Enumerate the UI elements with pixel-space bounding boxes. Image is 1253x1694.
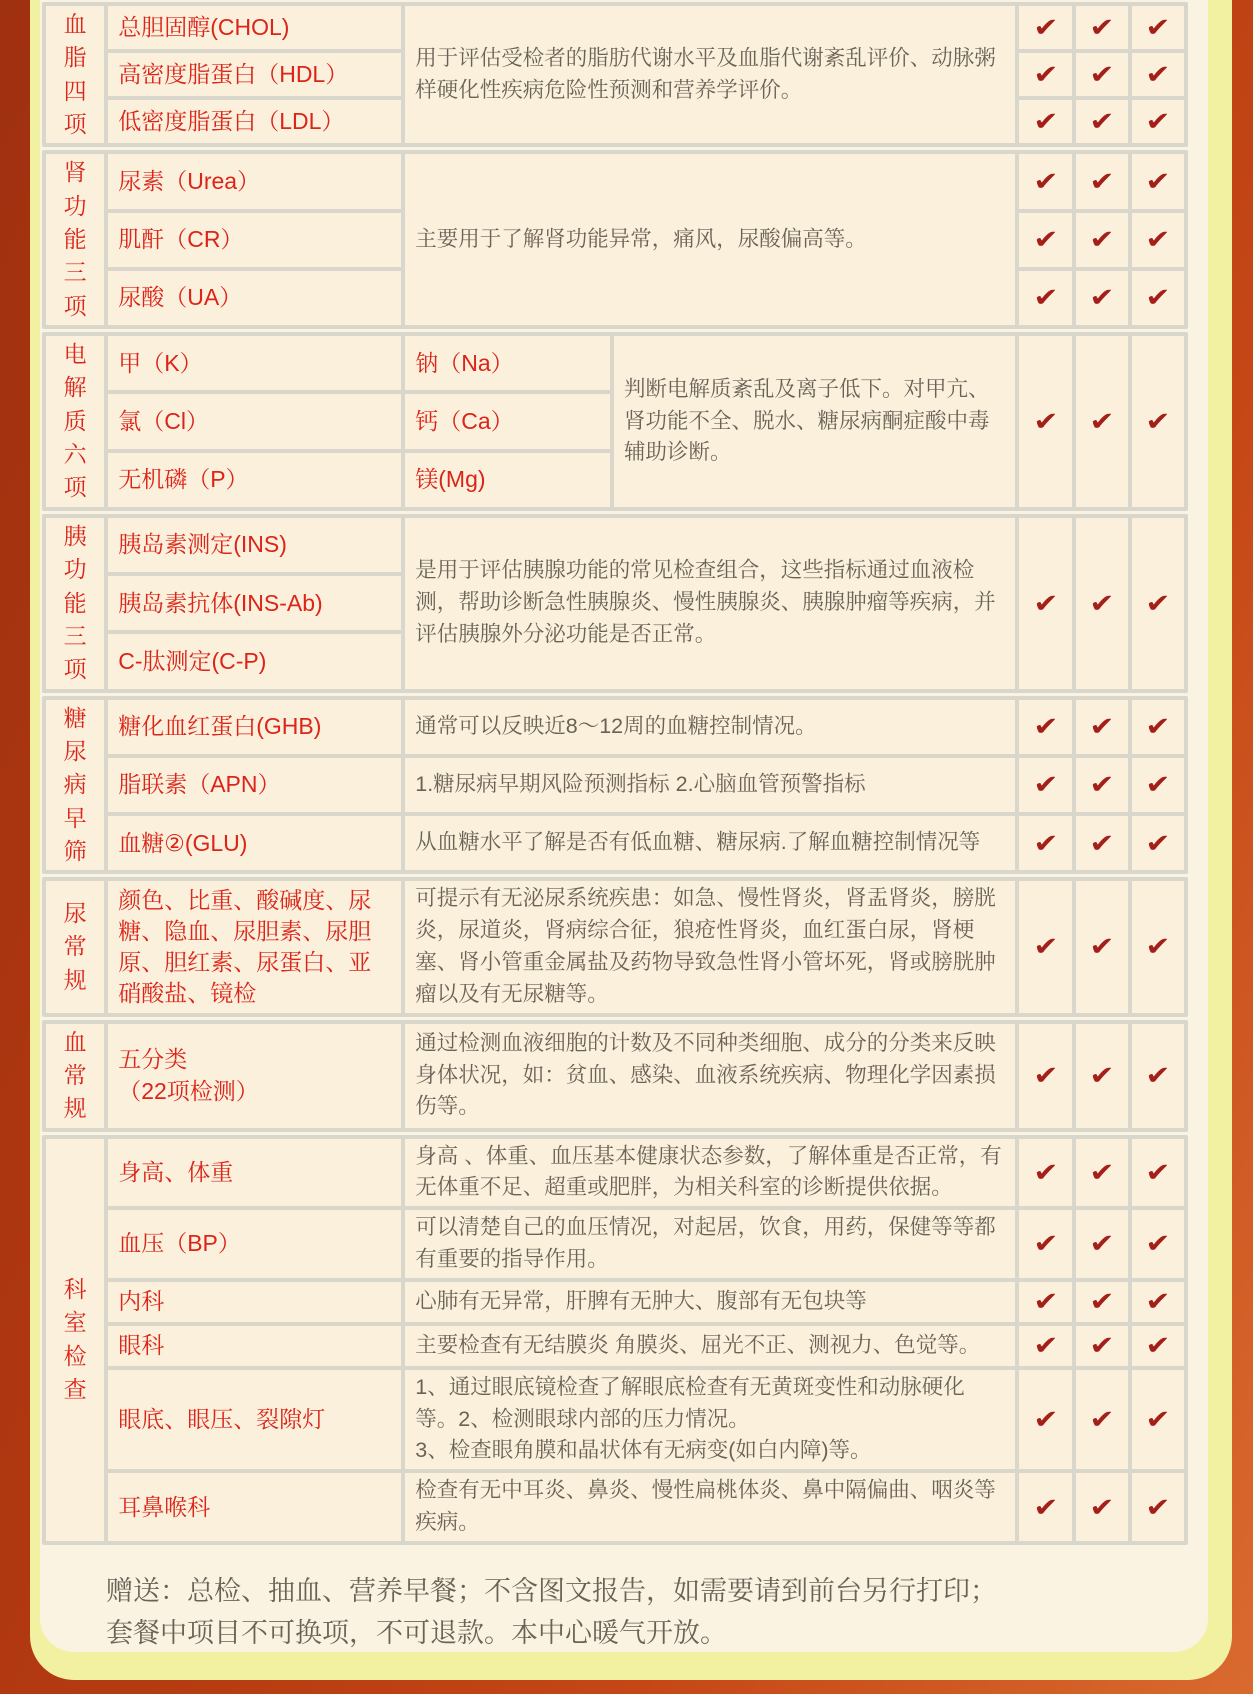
check-icon: ✔ [1145,106,1170,137]
check-cell: ✔ [1132,1282,1184,1322]
item-cell: 糖化血红蛋白(GHB) [108,700,401,754]
check-icon: ✔ [1145,406,1170,437]
check-icon: ✔ [1089,106,1114,137]
check-cell: ✔ [1019,53,1071,96]
check-cell: ✔ [1076,154,1128,208]
description-cell: 通常可以反映近8～12周的血糖控制情况。 [405,700,1015,754]
item-cell: 眼底、眼压、裂隙灯 [108,1370,401,1469]
check-icon: ✔ [1145,1492,1170,1523]
check-cell: ✔ [1132,1370,1184,1469]
item-cell: 胰岛素测定(INS) [108,518,401,572]
check-icon: ✔ [1145,1228,1170,1259]
check-icon: ✔ [1033,1060,1058,1091]
check-icon: ✔ [1145,1286,1170,1317]
check-cell: ✔ [1132,100,1184,143]
check-icon: ✔ [1033,166,1058,197]
check-cell: ✔ [1019,1139,1071,1207]
section-lipid-panel: 血脂四项总胆固醇(CHOL)用于评估受检者的脂肪代谢水平及血脂代谢紊乱评价、动脉… [42,2,1188,147]
description-cell: 身高 、体重、血压基本健康状态参数，了解体重是否正常，有无体重不足、超重或肥胖，… [405,1139,1015,1207]
check-cell: ✔ [1076,1370,1128,1469]
description-cell: 心肺有无异常，肝脾有无肿大、腹部有无包块等 [405,1282,1015,1322]
check-cell: ✔ [1019,1282,1071,1322]
check-cell: ✔ [1132,213,1184,267]
check-cell: ✔ [1019,1024,1071,1128]
check-cell: ✔ [1076,1210,1128,1278]
section-cbc: 血常规五分类 （22项检测）通过检测血液细胞的计数及不同种类细胞、成分的分类来反… [42,1020,1188,1132]
check-cell: ✔ [1019,1370,1071,1469]
check-icon: ✔ [1033,1492,1058,1523]
check-cell: ✔ [1076,1282,1128,1322]
check-cell: ✔ [1132,1210,1184,1278]
check-icon: ✔ [1145,1330,1170,1361]
check-cell: ✔ [1076,53,1128,96]
item-cell: 高密度脂蛋白（HDL） [108,53,401,96]
description-cell: 通过检测血液细胞的计数及不同种类细胞、成分的分类来反映身体状况，如：贫血、感染、… [405,1024,1015,1128]
check-cell: ✔ [1132,518,1184,689]
description-cell: 可提示有无泌尿系统疾患：如急、慢性肾炎，肾盂肾炎，膀胱炎，尿道炎，肾病综合征，狼… [405,881,1015,1012]
check-icon: ✔ [1033,769,1058,800]
check-icon: ✔ [1089,1157,1114,1188]
item-cell: 甲（K） [108,336,401,390]
check-cell: ✔ [1019,1326,1071,1366]
check-cell: ✔ [1076,881,1128,1012]
check-cell: ✔ [1019,271,1071,325]
section-physical-exams: 科室检查身高、体重身高 、体重、血压基本健康状态参数，了解体重是否正常，有无体重… [42,1135,1188,1545]
check-icon: ✔ [1033,282,1058,313]
check-icon: ✔ [1145,769,1170,800]
section-electrolytes: 电解质六项甲（K）钠（Na）判断电解质紊乱及离子低下。对甲亢、肾功能不全、脱水、… [42,332,1188,511]
check-icon: ✔ [1089,711,1114,742]
check-icon: ✔ [1033,588,1058,619]
item-cell: 钙（Ca） [405,394,610,448]
category-cell: 胰功能三项 [46,518,104,689]
check-cell: ✔ [1076,213,1128,267]
check-cell: ✔ [1132,881,1184,1012]
check-icon: ✔ [1089,12,1114,43]
check-cell: ✔ [1132,758,1184,812]
check-cell: ✔ [1076,336,1128,507]
check-icon: ✔ [1089,1286,1114,1317]
check-icon: ✔ [1033,12,1058,43]
item-cell: 五分类 （22项检测） [108,1024,401,1128]
footer-note-line1: 赠送：总检、抽血、营养早餐；不含图文报告，如需要请到前台另行打印； [106,1571,1116,1613]
check-cell: ✔ [1019,100,1071,143]
check-icon: ✔ [1089,224,1114,255]
description-cell: 用于评估受检者的脂肪代谢水平及血脂代谢紊乱评价、动脉粥样硬化性疾病危险性预测和营… [405,6,1015,143]
check-cell: ✔ [1019,213,1071,267]
check-cell: ✔ [1132,271,1184,325]
check-cell: ✔ [1019,1473,1071,1541]
item-cell: 尿酸（UA） [108,271,401,325]
item-cell: 身高、体重 [108,1139,401,1207]
description-cell: 1.糖尿病早期风险预测指标 2.心脑血管预警指标 [405,758,1015,812]
check-icon: ✔ [1145,282,1170,313]
check-icon: ✔ [1033,931,1058,962]
item-cell: 血糖②(GLU) [108,816,401,870]
check-cell: ✔ [1132,1326,1184,1366]
check-icon: ✔ [1145,588,1170,619]
check-cell: ✔ [1132,154,1184,208]
check-cell: ✔ [1132,6,1184,49]
item-cell: 内科 [108,1282,401,1322]
check-cell: ✔ [1076,1139,1128,1207]
item-cell: 脂联素（APN） [108,758,401,812]
check-cell: ✔ [1132,1473,1184,1541]
check-cell: ✔ [1019,154,1071,208]
category-cell: 血脂四项 [46,6,104,143]
item-cell: 眼科 [108,1326,401,1366]
check-icon: ✔ [1033,224,1058,255]
check-icon: ✔ [1089,588,1114,619]
item-cell: 血压（BP） [108,1210,401,1278]
item-cell: 颜色、比重、酸碱度、尿糖、隐血、尿胆素、尿胆原、胆红素、尿蛋白、亚硝酸盐、镜检 [108,881,401,1012]
check-cell: ✔ [1132,336,1184,507]
check-icon: ✔ [1145,166,1170,197]
item-cell: 镁(Mg) [405,453,610,507]
footer-note-line2: 套餐中项目不可换项，不可退款。本中心暖气开放。 [106,1613,1116,1655]
item-cell: 氯（Cl） [108,394,401,448]
footer-note: 赠送：总检、抽血、营养早餐；不含图文报告，如需要请到前台另行打印； 套餐中项目不… [106,1571,1116,1655]
check-icon: ✔ [1033,1157,1058,1188]
check-icon: ✔ [1145,1404,1170,1435]
check-icon: ✔ [1089,59,1114,90]
item-cell: 胰岛素抗体(INS-Ab) [108,576,401,630]
check-icon: ✔ [1145,12,1170,43]
section-diabetes-screen: 糖尿病早筛糖化血红蛋白(GHB)通常可以反映近8～12周的血糖控制情况。✔✔✔脂… [42,696,1188,875]
check-icon: ✔ [1089,1060,1114,1091]
check-cell: ✔ [1076,1326,1128,1366]
description-cell: 检查有无中耳炎、鼻炎、慢性扁桃体炎、鼻中隔偏曲、咽炎等疾病。 [405,1473,1015,1541]
description-cell: 可以清楚自己的血压情况，对起居，饮食，用药，保健等等都有重要的指导作用。 [405,1210,1015,1278]
check-cell: ✔ [1132,816,1184,870]
check-cell: ✔ [1076,816,1128,870]
description-cell: 是用于评估胰腺功能的常见检查组合，这些指标通过血液检测，帮助诊断急性胰腺炎、慢性… [405,518,1015,689]
check-icon: ✔ [1089,769,1114,800]
category-cell: 尿常规 [46,881,104,1012]
package-table: 血脂四项总胆固醇(CHOL)用于评估受检者的脂肪代谢水平及血脂代谢紊乱评价、动脉… [42,2,1188,1545]
check-icon: ✔ [1033,1286,1058,1317]
description-cell: 主要检查有无结膜炎 角膜炎、屈光不正、测视力、色觉等。 [405,1326,1015,1366]
check-cell: ✔ [1076,6,1128,49]
check-cell: ✔ [1019,6,1071,49]
section-urinalysis: 尿常规颜色、比重、酸碱度、尿糖、隐血、尿胆素、尿胆原、胆红素、尿蛋白、亚硝酸盐、… [42,877,1188,1016]
category-cell: 血常规 [46,1024,104,1128]
description-cell: 从血糖水平了解是否有低血糖、糖尿病.了解血糖控制情况等 [405,816,1015,870]
item-cell: 总胆固醇(CHOL) [108,6,401,49]
check-cell: ✔ [1076,758,1128,812]
category-cell: 糖尿病早筛 [46,700,104,871]
check-cell: ✔ [1132,1024,1184,1128]
check-cell: ✔ [1076,1473,1128,1541]
check-icon: ✔ [1145,931,1170,962]
check-cell: ✔ [1076,700,1128,754]
check-icon: ✔ [1089,1330,1114,1361]
description-cell: 主要用于了解肾功能异常，痛风，尿酸偏高等。 [405,154,1015,325]
check-cell: ✔ [1019,1210,1071,1278]
check-cell: ✔ [1019,758,1071,812]
check-icon: ✔ [1033,828,1058,859]
check-icon: ✔ [1033,1330,1058,1361]
check-icon: ✔ [1089,282,1114,313]
check-cell: ✔ [1019,518,1071,689]
check-icon: ✔ [1089,1492,1114,1523]
check-cell: ✔ [1132,1139,1184,1207]
description-cell: 判断电解质紊乱及离子低下。对甲亢、肾功能不全、脱水、糖尿病酮症酸中毒辅助诊断。 [614,336,1015,507]
check-cell: ✔ [1076,1024,1128,1128]
description-cell: 1、通过眼底镜检查了解眼底检查有无黄斑变性和动脉硬化等。2、检测眼球内部的压力情… [405,1370,1015,1469]
content-panel: 血脂四项总胆固醇(CHOL)用于评估受检者的脂肪代谢水平及血脂代谢紊乱评价、动脉… [40,0,1208,1652]
category-cell: 科室检查 [46,1139,104,1541]
check-cell: ✔ [1019,881,1071,1012]
check-cell: ✔ [1019,700,1071,754]
check-icon: ✔ [1089,828,1114,859]
check-icon: ✔ [1145,711,1170,742]
check-icon: ✔ [1145,224,1170,255]
item-cell: 低密度脂蛋白（LDL） [108,100,401,143]
check-cell: ✔ [1132,700,1184,754]
check-cell: ✔ [1076,100,1128,143]
item-cell: 耳鼻喉科 [108,1473,401,1541]
item-cell: 肌酐（CR） [108,213,401,267]
section-renal-panel: 肾功能三项尿素（Urea）主要用于了解肾功能异常，痛风，尿酸偏高等。✔✔✔肌酐（… [42,150,1188,329]
check-icon: ✔ [1089,931,1114,962]
check-icon: ✔ [1145,1060,1170,1091]
check-icon: ✔ [1145,59,1170,90]
check-icon: ✔ [1089,1404,1114,1435]
check-icon: ✔ [1033,1228,1058,1259]
item-cell: 无机磷（P） [108,453,401,507]
item-cell: 钠（Na） [405,336,610,390]
check-icon: ✔ [1145,828,1170,859]
check-cell: ✔ [1019,816,1071,870]
check-icon: ✔ [1089,406,1114,437]
check-cell: ✔ [1076,271,1128,325]
check-cell: ✔ [1076,518,1128,689]
check-icon: ✔ [1089,1228,1114,1259]
check-cell: ✔ [1019,336,1071,507]
check-icon: ✔ [1033,59,1058,90]
check-icon: ✔ [1145,1157,1170,1188]
check-icon: ✔ [1089,166,1114,197]
check-icon: ✔ [1033,106,1058,137]
section-pancreas-panel: 胰功能三项胰岛素测定(INS)是用于评估胰腺功能的常见检查组合，这些指标通过血液… [42,514,1188,693]
check-icon: ✔ [1033,711,1058,742]
category-cell: 肾功能三项 [46,154,104,325]
item-cell: C-肽测定(C-P) [108,634,401,688]
item-cell: 尿素（Urea） [108,154,401,208]
category-cell: 电解质六项 [46,336,104,507]
check-cell: ✔ [1132,53,1184,96]
check-icon: ✔ [1033,406,1058,437]
check-icon: ✔ [1033,1404,1058,1435]
